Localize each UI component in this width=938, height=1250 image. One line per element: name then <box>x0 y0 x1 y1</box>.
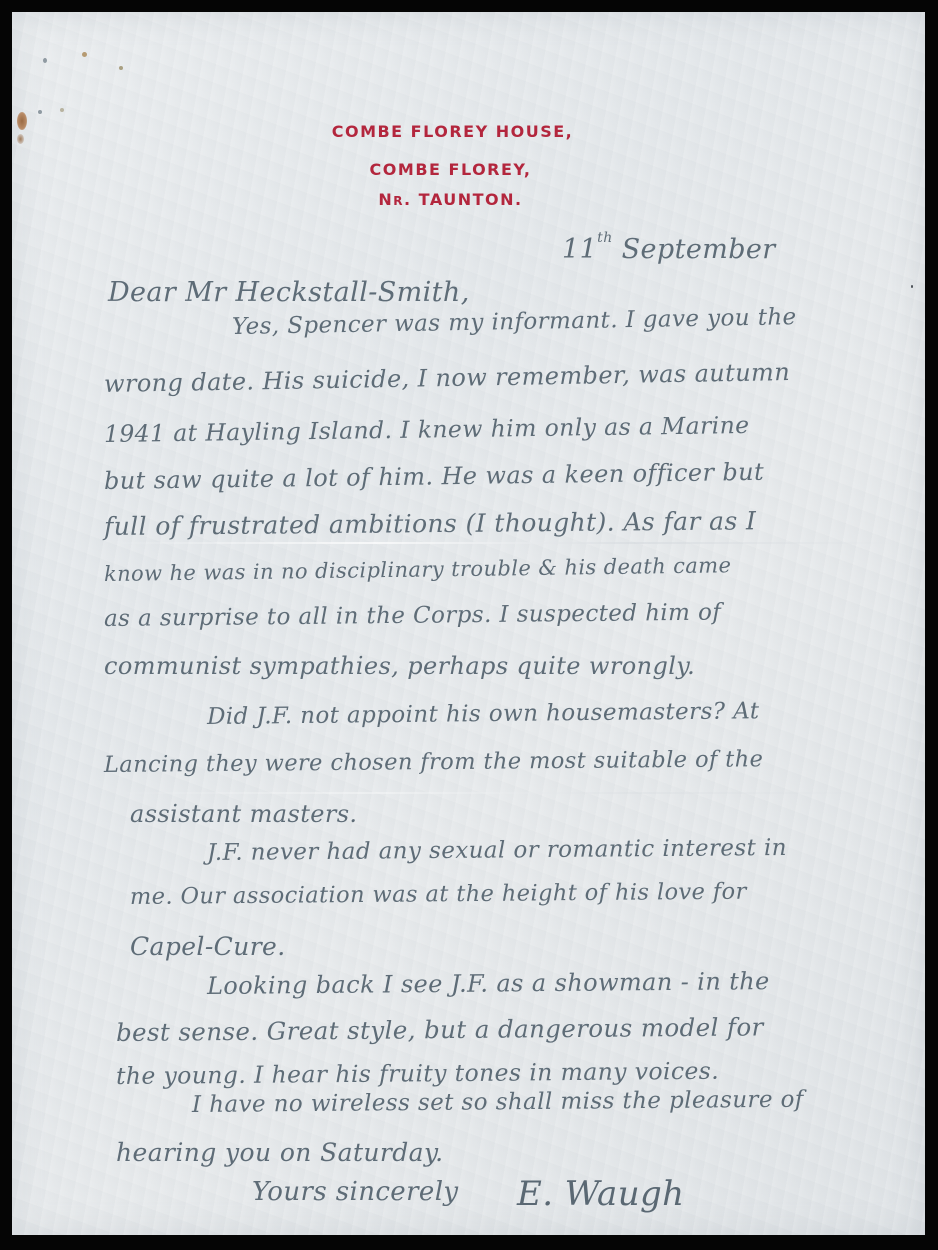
signature: E. Waugh <box>517 1174 684 1214</box>
date-suffix: th <box>597 230 612 246</box>
pinhole <box>119 66 123 70</box>
letterhead-taunton: . TAUNTON. <box>404 190 523 209</box>
body-line: J.F. never had any sexual or romantic in… <box>207 835 787 866</box>
body-line: communist sympathies, perhaps quite wron… <box>104 652 695 680</box>
body-line: Did J.F. not appoint his own housemaster… <box>207 698 760 730</box>
body-line: hearing you on Saturday. <box>116 1138 444 1167</box>
letterhead-house: COMBE FLOREY HOUSE, <box>0 122 909 141</box>
body-line: know he was in no disciplinary trouble &… <box>104 553 732 586</box>
date-day: 11 <box>562 234 597 265</box>
body-line: as a surprise to all in the Corps. I sus… <box>104 600 721 632</box>
pinhole <box>911 285 913 288</box>
fold-line <box>112 542 895 544</box>
letterhead-town: NR. TAUNTON. <box>0 190 907 209</box>
body-line: but saw quite a lot of him. He was a kee… <box>104 458 764 495</box>
pinhole <box>38 110 42 114</box>
letterhead-nr-n: N <box>378 190 393 209</box>
body-line: I have no wireless set so shall miss the… <box>192 1087 804 1118</box>
body-line: best sense. Great style, but a dangerous… <box>116 1012 764 1047</box>
date-month: September <box>622 234 776 265</box>
letter-paper: COMBE FLOREY HOUSE, COMBE FLOREY, NR. TA… <box>12 12 925 1235</box>
body-line: wrong date. His suicide, I now remember,… <box>104 358 791 398</box>
fold-line <box>112 792 895 794</box>
closing: Yours sincerely <box>252 1177 459 1207</box>
pinhole <box>60 108 64 112</box>
letter-date: 11th September <box>562 234 776 265</box>
body-line: Lancing they were chosen from the most s… <box>104 746 764 778</box>
body-line: 1941 at Hayling Island. I knew him only … <box>104 411 750 448</box>
body-line: full of frustrated ambitions (I thought)… <box>104 506 757 541</box>
letterhead-nr-r: R <box>393 194 404 208</box>
letterhead-village: COMBE FLOREY, <box>0 160 907 179</box>
body-line: the young. I hear his fruity tones in ma… <box>116 1057 719 1090</box>
pinhole <box>43 58 47 63</box>
body-line: Looking back I see J.F. as a showman - i… <box>207 967 770 1000</box>
body-line: Capel-Cure. <box>130 932 286 961</box>
body-line: me. Our association was at the height of… <box>130 879 747 910</box>
pinhole <box>82 52 87 57</box>
body-line: Yes, Spencer was my informant. I gave yo… <box>232 304 797 340</box>
body-line: assistant masters. <box>130 800 357 828</box>
salutation: Dear Mr Heckstall-Smith, <box>108 277 470 308</box>
